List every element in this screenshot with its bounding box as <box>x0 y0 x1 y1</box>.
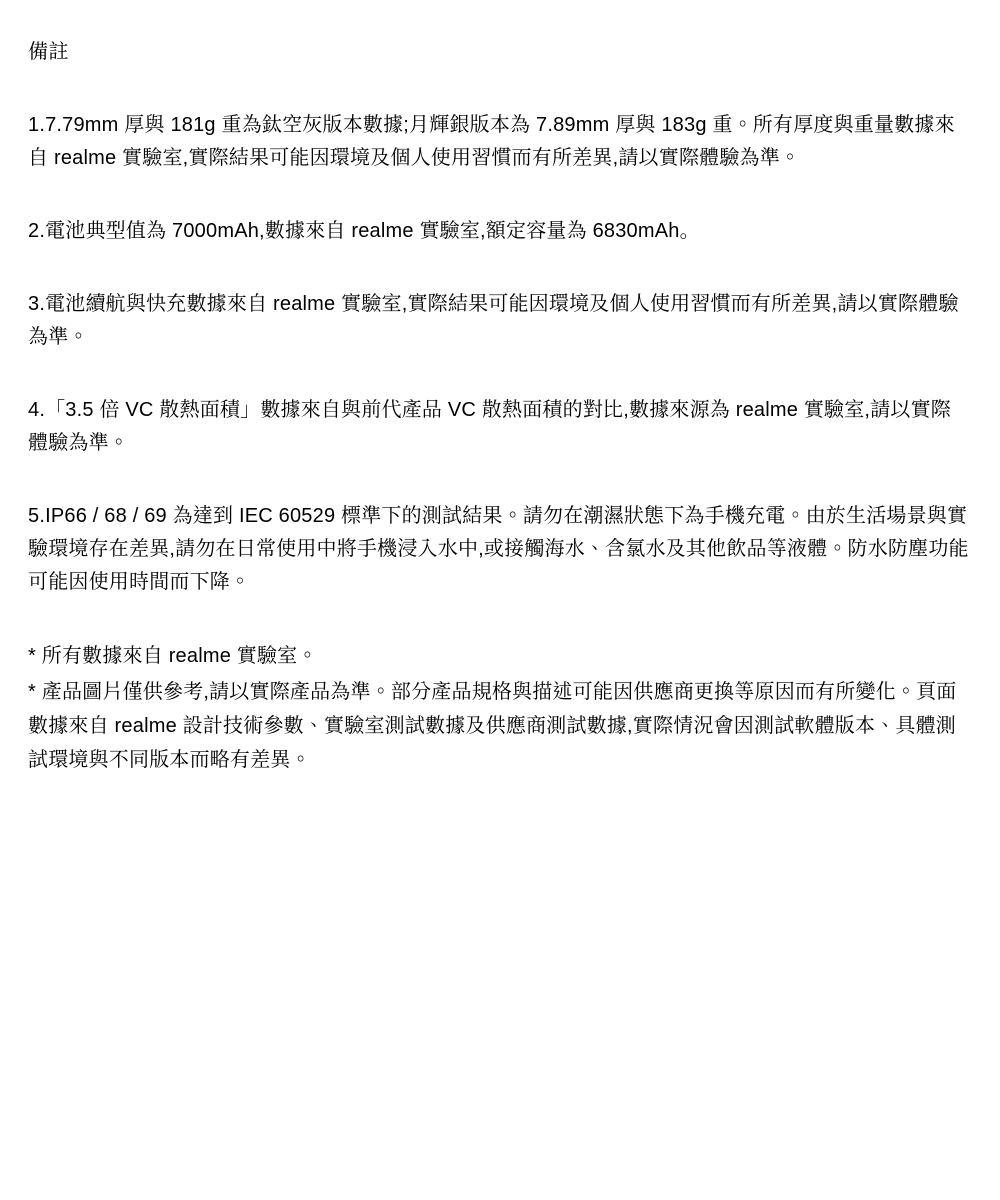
note-item-4: 4.「3.5 倍 VC 散熱面積」數據來自與前代產品 VC 散熱面積的對比,數據… <box>28 394 970 460</box>
notes-title: 備註 <box>28 36 970 69</box>
footnote-all-data: * 所有數據來自 realme 實驗室。 <box>28 639 970 673</box>
note-item-2: 2.電池典型值為 7000mAh,數據來自 realme 實驗室,額定容量為 6… <box>28 215 970 248</box>
footnotes-block: * 所有數據來自 realme 實驗室。 * 產品圖片僅供參考,請以實際產品為準… <box>28 639 970 777</box>
note-item-5: 5.IP66 / 68 / 69 為達到 IEC 60529 標準下的測試結果。… <box>28 500 970 599</box>
note-item-3: 3.電池續航與快充數據來自 realme 實驗室,實際結果可能因環境及個人使用習… <box>28 288 970 354</box>
note-item-1: 1.7.79mm 厚與 181g 重為鈦空灰版本數據;月輝銀版本為 7.89mm… <box>28 109 970 175</box>
footnote-disclaimer: * 產品圖片僅供參考,請以實際產品為準。部分產品規格與描述可能因供應商更換等原因… <box>28 675 970 777</box>
notes-section: 備註 1.7.79mm 厚與 181g 重為鈦空灰版本數據;月輝銀版本為 7.8… <box>0 0 1000 777</box>
